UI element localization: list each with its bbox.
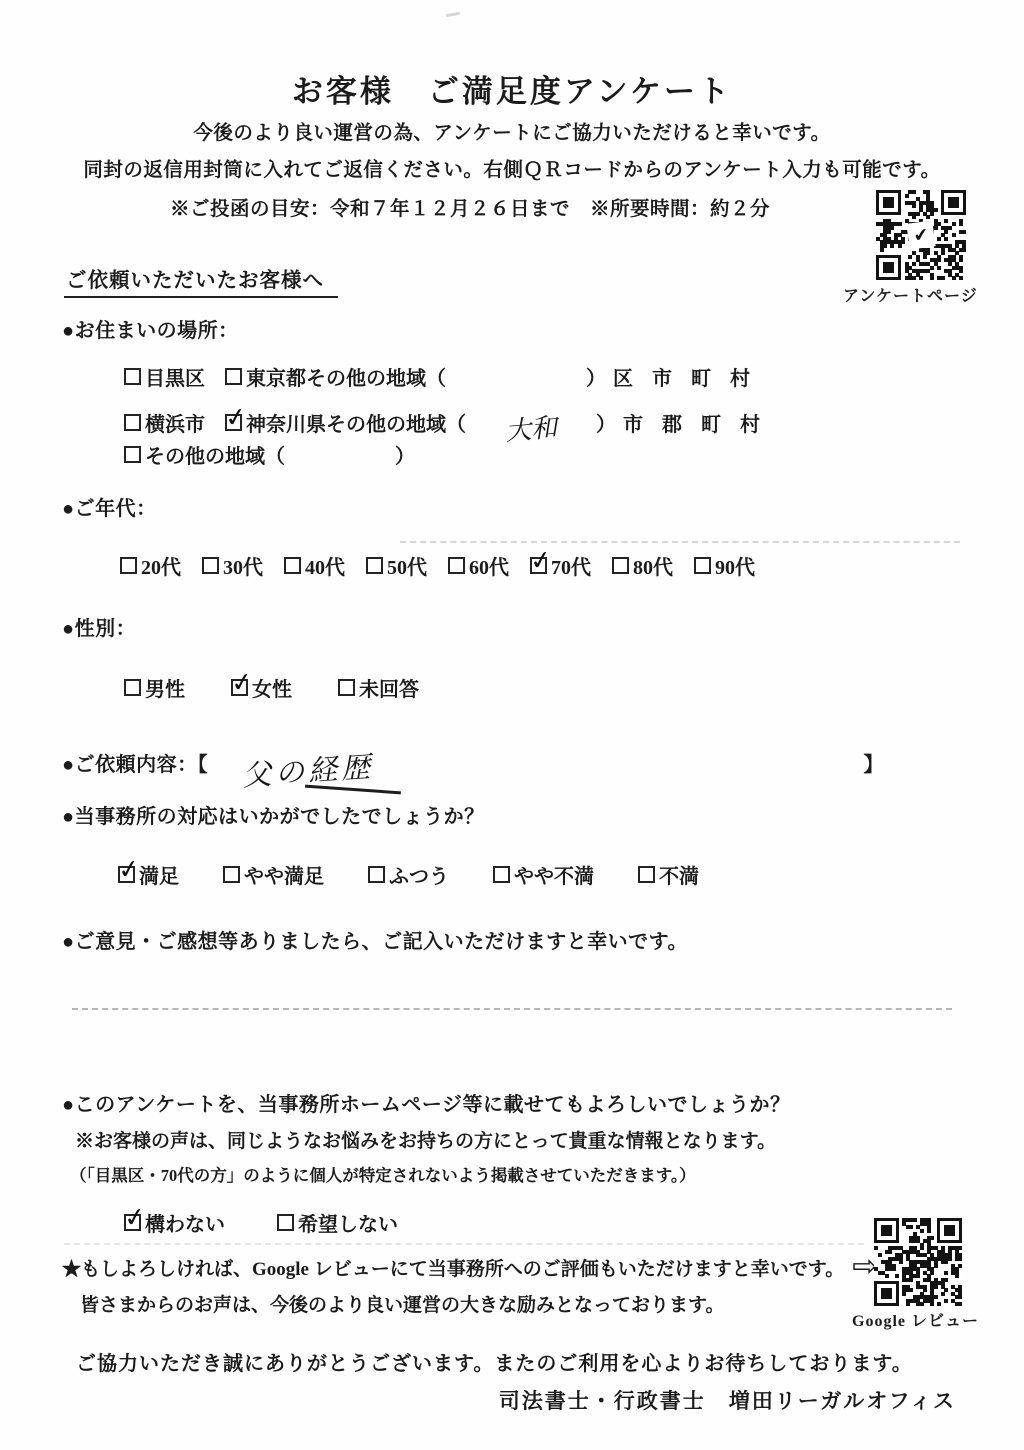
question-gender: ●性別： (62, 612, 136, 641)
option-label: 50代 (387, 551, 427, 580)
scan-smudge (446, 12, 460, 17)
checkbox (225, 368, 242, 385)
checkbox (202, 557, 219, 574)
option-label: やや不満 (514, 860, 594, 889)
option-label: 20代 (141, 551, 181, 580)
checkbox-option-30s: 30代 (202, 551, 263, 580)
scan-artifact-line (72, 1008, 952, 1010)
checkbox-option-decline: 希望しない (277, 1208, 398, 1237)
question-location: ●お住まいの場所： (62, 314, 239, 343)
row-suffix: ） (395, 440, 415, 469)
office-signature: 司法書士・行政書士 増田リーガルオフィス (499, 1385, 956, 1415)
request-content-row: ●ご依頼内容：【 父の経歴 】 (62, 735, 884, 790)
closing-thanks: ご協力いただき誠にありがとうございます。またのご利用を心よりお待ちしております。 (76, 1347, 913, 1376)
option-label: 30代 (223, 551, 263, 580)
question-age: ●ご年代： (62, 492, 157, 521)
checkbox (120, 557, 137, 574)
publish-options-row: 構わない 希望しない (124, 1208, 398, 1237)
option-label: ふつう (389, 860, 449, 889)
checkbox (124, 679, 141, 696)
checkbox (124, 446, 141, 463)
handwritten-city: 大和 (503, 407, 558, 448)
checkbox (223, 866, 240, 883)
question-publish: ●このアンケートを、当事務所ホームページ等に載せてもよろしいでしょうか？ (62, 1088, 790, 1117)
question-request: ●ご依頼内容：【 (62, 748, 208, 777)
option-label: 70代 (551, 551, 591, 580)
page-title: お客様 ご満足度アンケート (0, 66, 1024, 111)
checkbox-option-dissatisfied: 不満 (638, 860, 699, 889)
checkbox-option-somewhat-satisfied: やや満足 (223, 860, 324, 889)
qr-center-logo-icon: ✔ (906, 220, 935, 249)
checkbox (612, 557, 629, 574)
survey-qr-code: ✔ (876, 190, 966, 280)
checkbox-option-50s: 50代 (366, 551, 427, 580)
option-label: 構わない (145, 1208, 225, 1237)
option-label: 目黒区 (145, 362, 205, 391)
option-label: 40代 (305, 551, 345, 580)
scan-artifact-line (400, 541, 960, 543)
greeting-heading: ご依頼いただいたお客様へ (64, 270, 338, 298)
checkbox (448, 557, 465, 574)
question-service: ●当事務所の対応はいかがでしたでしょうか？ (62, 800, 485, 829)
option-label: 女性 (252, 673, 292, 702)
checkbox-option-70s: 70代 (530, 551, 591, 580)
checkbox (124, 368, 141, 385)
intro-line-1: 今後のより良い運営の為、アンケートにご協力いただけると幸いです。 (0, 117, 1024, 145)
option-label: 横浜市 (145, 408, 205, 437)
checkbox (284, 557, 301, 574)
checkbox (277, 1214, 294, 1231)
gender-options-row: 男性 女性 未回答 (124, 673, 419, 702)
google-review-text-2: 皆さまからのお声は、今後のより良い運営の大きな励みとなっております。 (80, 1290, 724, 1317)
option-label: 満足 (139, 860, 179, 889)
google-review-row: ★もしよろしければ、Google レビューにて当事務所へのご評価もいただけますと… (62, 1252, 877, 1282)
checkbox-option-neutral: ふつう (368, 860, 449, 889)
checkbox-option-other-area: その他の地域（ ） (124, 440, 415, 469)
checkbox (366, 557, 383, 574)
checkbox-option-90s: 90代 (694, 551, 755, 580)
checkbox (694, 557, 711, 574)
checkbox-option-yokohama: 横浜市 (124, 408, 205, 437)
checkbox (493, 866, 510, 883)
checkbox-option-no-answer: 未回答 (338, 673, 419, 702)
google-review-qr-code (874, 1218, 962, 1306)
checkbox (338, 679, 355, 696)
option-label: 神奈川県その他の地域（ (246, 408, 466, 437)
checkbox-option-meguro: 目黒区 (124, 362, 205, 391)
checkbox-option-female: 女性 (231, 673, 292, 702)
row-suffix: ）市 郡 町 村 (596, 408, 767, 437)
option-label: 60代 (469, 551, 509, 580)
option-label: その他の地域（ (145, 440, 285, 469)
survey-qr-label: アンケートページ (843, 283, 978, 306)
option-label: 男性 (145, 673, 185, 702)
checkbox (124, 1214, 141, 1231)
location-row-3: その他の地域（ ） (124, 440, 415, 469)
checkbox (231, 679, 248, 696)
option-label: 80代 (633, 551, 673, 580)
option-label: 未回答 (359, 673, 419, 702)
publish-note-2: （「目黒区・70代の方」のように個人が特定されないよう掲載させていただきます。） (70, 1162, 696, 1186)
checkbox-option-80s: 80代 (612, 551, 673, 580)
checkbox-option-kanagawa-other: 神奈川県その他の地域（ 大和 ）市 郡 町 村 (225, 399, 767, 446)
publish-note-1: ※お客様の声は、同じようなお悩みをお持ちの方にとって貴重な情報となります。 (75, 1126, 776, 1153)
checkbox-option-somewhat-dissatisfied: やや不満 (493, 860, 594, 889)
checkbox-option-male: 男性 (124, 673, 185, 702)
checkbox-option-20s: 20代 (120, 551, 181, 580)
checkbox-option-satisfied: 満足 (118, 860, 179, 889)
checkbox-option-allow: 構わない (124, 1208, 225, 1237)
service-options-row: 満足 やや満足 ふつう やや不満 不満 (118, 860, 699, 889)
google-review-text-1: ★もしよろしければ、Google レビューにて当事務所へのご評価もいただけますと… (62, 1254, 844, 1281)
option-label: 東京都その他の地域（ (246, 362, 446, 391)
checkbox (530, 557, 547, 574)
scan-artifact-line (64, 1243, 864, 1245)
option-label: 90代 (715, 551, 755, 580)
checkbox (118, 866, 135, 883)
row-suffix: ）区 市 町 村 (586, 362, 757, 391)
qr-pattern (874, 1218, 962, 1306)
intro-line-2: 同封の返信用封筒に入れてご返信ください。右側ＱＲコードからのアンケート入力も可能… (0, 154, 1024, 182)
location-row-2: 横浜市 神奈川県その他の地域（ 大和 ）市 郡 町 村 (124, 399, 767, 446)
checkbox (124, 414, 141, 431)
checkbox (368, 866, 385, 883)
checkbox-option-40s: 40代 (284, 551, 345, 580)
question-comments: ●ご意見・ご感想等ありましたら、ご記入いただけますと幸いです。 (62, 925, 688, 954)
google-review-qr-label: Google レビュー (852, 1308, 979, 1331)
survey-document: お客様 ご満足度アンケート 今後のより良い運営の為、アンケートにご協力いただける… (0, 0, 1024, 1450)
location-row-1: 目黒区 東京都その他の地域（ ）区 市 町 村 (124, 362, 757, 391)
checkbox (225, 414, 242, 431)
checkbox-option-60s: 60代 (448, 551, 509, 580)
request-close-bracket: 】 (864, 748, 885, 777)
checkbox-option-tokyo-other: 東京都その他の地域（ ）区 市 町 村 (225, 362, 757, 391)
intro-line-3: ※ご投函の目安：令和７年１２月２６日まで ※所要時間：約２分 (20, 193, 920, 221)
checkbox (638, 866, 655, 883)
age-options-row: 20代 30代 40代 50代 60代 70代 80代 90代 (120, 551, 755, 580)
option-label: 希望しない (298, 1208, 398, 1237)
option-label: やや満足 (244, 860, 324, 889)
option-label: 不満 (659, 860, 699, 889)
